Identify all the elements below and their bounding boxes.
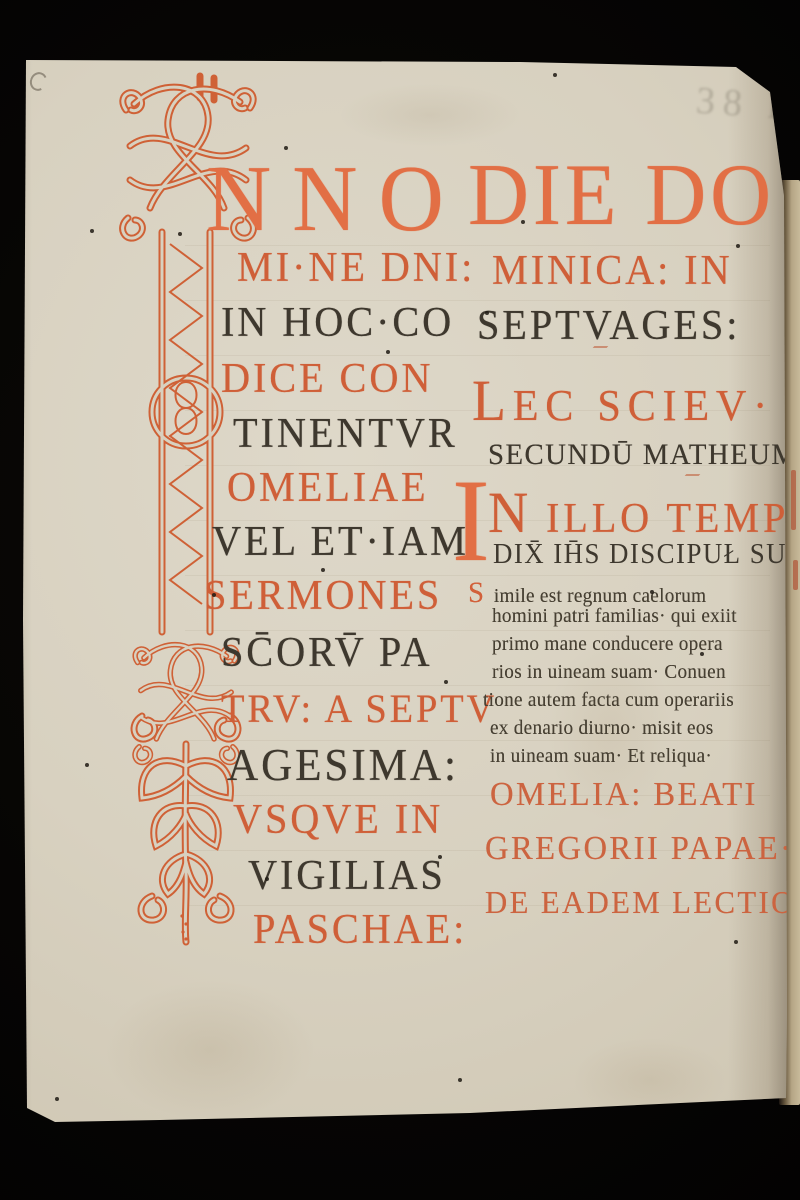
ink-dot xyxy=(650,590,654,594)
left-text-line: AGESIMA: xyxy=(227,743,459,788)
dixit-line: DIX̄ IH̄S DISCIPUŁ SUIS xyxy=(493,541,800,569)
ink-dot xyxy=(265,877,269,881)
corner-pen-trial-mark xyxy=(27,70,49,94)
left-text-line: DICE CON xyxy=(221,358,433,400)
parchment-stain xyxy=(540,1020,760,1140)
ink-dot xyxy=(85,763,89,767)
ink-dot xyxy=(553,73,557,77)
ink-dot xyxy=(178,232,182,236)
manuscript-page: 38 P xyxy=(0,0,800,1200)
ink-dot xyxy=(321,568,325,572)
left-text-line: VEL ET·IAM xyxy=(212,521,469,563)
gospel-text-line: homini patri familias· qui exiit xyxy=(492,606,737,626)
homily-rubric-line: OMELIA: BEATI xyxy=(490,778,758,812)
gospel-text-line: ex denario diurno· misit eos xyxy=(490,718,713,738)
left-text-line: SC̄ORV̄ PA xyxy=(221,632,432,674)
right-heading-line: MINICA: IN xyxy=(492,250,732,292)
ink-dot xyxy=(386,350,390,354)
gospel-text-line: primo mane conducere opera xyxy=(492,634,723,654)
gospel-text-line: imile est regnum caelorum xyxy=(494,585,706,607)
left-text-line: TRV: A SEPTV xyxy=(221,689,497,729)
gospel-initial-S: S xyxy=(468,576,484,609)
left-text-line: SERMONES xyxy=(204,575,442,617)
ink-dot xyxy=(90,229,94,233)
gospel-text-line: tione autem facta cum operariis xyxy=(483,690,734,710)
ink-dot xyxy=(212,593,216,597)
homily-rubric-line: DE EADEM LECTIONE: xyxy=(485,886,800,918)
incipit-line: N ILLO TEMP: xyxy=(488,484,800,542)
left-line-display: NNO xyxy=(206,152,465,246)
gospel-text-line: rios in uineam suam· Conuen xyxy=(492,662,726,682)
incipit-initial-I: I xyxy=(452,462,490,580)
ink-dot xyxy=(485,311,489,315)
right-heading-display: DIE DO xyxy=(468,152,775,240)
left-text-line: OMELIAE xyxy=(227,467,429,509)
ink-dot xyxy=(284,146,288,150)
lection-rubric: LEC SCIEV· xyxy=(472,372,774,430)
left-text-line: TINENTVR xyxy=(233,413,458,455)
ink-dot xyxy=(458,1078,462,1082)
ink-dot xyxy=(55,1097,59,1101)
ink-dot xyxy=(438,855,442,859)
pencil-inscription: 38 P xyxy=(695,79,798,130)
evangelist-line: SECUNDŪ MATHEUM· xyxy=(488,440,800,470)
left-text-line: MI·NE DNI: xyxy=(237,247,475,289)
gospel-text-line: in uineam suam· Et reliqua· xyxy=(490,746,712,766)
ink-dot xyxy=(521,220,525,224)
facing-page-red-ink xyxy=(791,470,796,530)
photo-backdrop: 38 P xyxy=(0,0,800,1200)
ink-dot xyxy=(736,244,740,248)
left-text-line: IN HOC·CO xyxy=(221,302,454,344)
left-text-line: VIGILIAS xyxy=(248,855,446,897)
ink-dot xyxy=(734,940,738,944)
left-text-line: VSQVE IN xyxy=(233,799,443,841)
ink-dot xyxy=(700,652,704,656)
facing-page-red-ink xyxy=(793,560,798,590)
red-tick-mark xyxy=(609,35,630,43)
homily-rubric-line: GREGORII PAPAE· xyxy=(485,832,793,866)
left-text-line: PASCHAE: xyxy=(253,909,467,951)
parchment-stain xyxy=(60,950,360,1150)
ink-dot xyxy=(444,680,448,684)
